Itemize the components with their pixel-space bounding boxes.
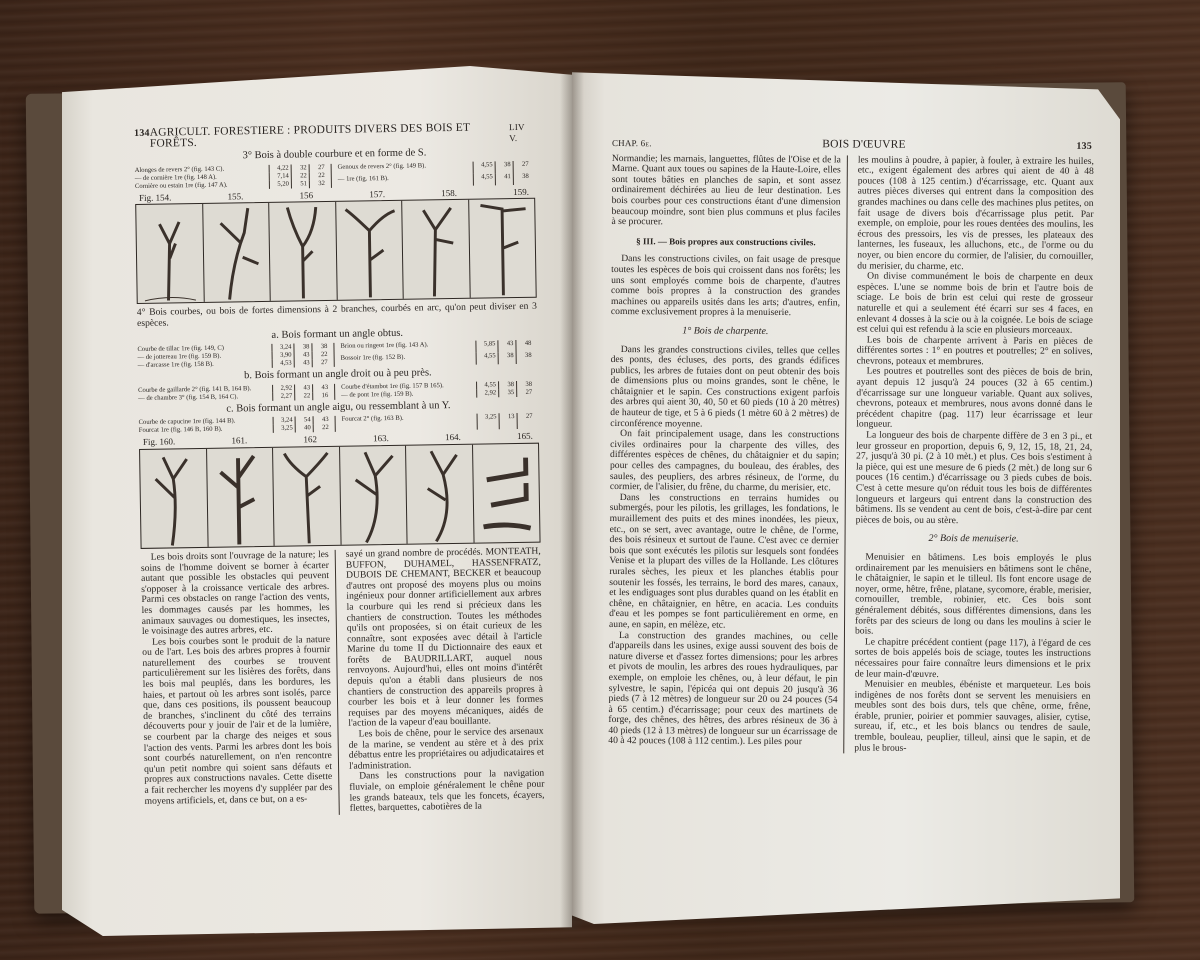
tree-illustration: [336, 201, 404, 300]
figure-label: 161.: [231, 436, 247, 447]
paragraph: La longueur des bois de charpente diffèr…: [856, 431, 1093, 528]
figure-label: 162: [303, 435, 317, 446]
row-value: 27: [513, 161, 531, 173]
row-value: 13: [499, 413, 517, 429]
dimension-table-left-col: Courbe de capucine 1re (fig. 144 B).3,24…: [139, 416, 336, 435]
tree-illustration: [402, 200, 470, 299]
right-text-column-2: les moulins à poudre, à papier, à fouler…: [854, 155, 1094, 755]
right-page-content: CHAP. 6e. BOIS D'ŒUVRE 135 Normandie; le…: [608, 138, 1092, 755]
right-running-head: CHAP. 6e. BOIS D'ŒUVRE 135: [612, 138, 1092, 153]
figure-label: Fig. 154.: [139, 192, 171, 203]
row-value: 4,55: [473, 173, 495, 185]
row-value: 27: [516, 388, 534, 396]
left-page: 134 AGRICULT. FORESTIERE : PRODUITS DIVE…: [62, 66, 572, 936]
row-value: 43: [497, 340, 515, 352]
left-text-column-1: Les bois droits sont l'ouvrage de la nat…: [141, 550, 340, 818]
dimension-table-left-col: Courbe de tillac 1re (fig. 149, C)3,2438…: [137, 343, 334, 370]
paragraph: Dans les constructions civiles, on fait …: [611, 254, 840, 319]
row-value: 3,25: [477, 414, 499, 430]
tree-illustration: [406, 445, 474, 544]
paragraph: Les bois de charpente arrivent à Paris e…: [857, 335, 1093, 368]
row-value: 51: [291, 180, 309, 188]
row-value: 38: [495, 161, 513, 173]
tree-illustration: [273, 447, 341, 546]
row-value: 38: [513, 173, 531, 185]
subheading-bois-de-charpente: 1° Bois de charpente.: [611, 326, 840, 338]
row-value: 40: [295, 425, 313, 433]
dimension-table-left-col: Alonges de revers 2° (fig. 143 C).4,2232…: [135, 164, 332, 191]
row-label: Cornière ou estain 1re (fig. 147 A).: [135, 181, 269, 191]
row-value: 2,92: [476, 389, 498, 397]
paragraph: La construction des grandes machines, ou…: [608, 631, 838, 749]
row-value: 5,20: [269, 180, 291, 188]
row-value: 5,85: [475, 340, 497, 352]
figure-label: Fig. 160.: [143, 437, 175, 448]
row-value: 4,55: [476, 352, 498, 364]
paragraph: sayé un grand nombre de procédés. MONTEA…: [346, 547, 544, 730]
row-value: 38: [498, 352, 516, 364]
figure-label: 164.: [445, 432, 461, 443]
tree-illustration: [340, 446, 408, 545]
row-value: 22: [294, 392, 312, 400]
row-value: 38: [293, 343, 311, 351]
section-4-intro: 4° Bois courbes, ou bois de fortes dimen…: [137, 302, 537, 329]
open-book-photo: 134 AGRICULT. FORESTIERE : PRODUITS DIVE…: [0, 0, 1200, 960]
right-running-title: BOIS D'ŒUVRE: [822, 139, 905, 150]
paragraph: Dans les constructions en terrains humid…: [609, 493, 839, 632]
dimension-table-a: Courbe de tillac 1re (fig. 149, C)3,2438…: [137, 340, 537, 370]
figure-label: 165.: [517, 431, 533, 442]
figure-label: 158.: [441, 188, 457, 199]
dimension-table-double-courbure: Alonges de revers 2° (fig. 143 C).4,2232…: [135, 160, 535, 190]
subheading-bois-de-menuiserie: 2° Bois de menuiserie.: [856, 534, 1092, 546]
tree-illustration: [203, 203, 271, 302]
paragraph: On divise communément le bois de charpen…: [857, 272, 1093, 337]
row-value: 48: [515, 340, 533, 352]
dimension-table-right-col: Courbe d'étambot 1re (fig. 157 B 165).4,…: [341, 380, 538, 399]
subheading-text: 2° Bois de menuiserie.: [928, 533, 1018, 545]
tree-illustration: [207, 448, 275, 547]
right-text-column-1: Normandie; les marnais, languettes, flût…: [608, 154, 848, 754]
paragraph: Dans les constructions pour la navigatio…: [349, 769, 545, 814]
row-value: 41: [495, 173, 513, 185]
tree-illustration: [136, 204, 204, 303]
row-value: 38: [516, 352, 534, 364]
right-text-columns: Normandie; les marnais, languettes, flût…: [608, 154, 1092, 756]
paragraph: Les bois droits sont l'ouvrage de la nat…: [141, 550, 330, 638]
dimension-table-right-col: Fourcat 2° (fig. 163 B).3,251327: [342, 413, 539, 432]
tree-engraving-figures-154-159: [135, 198, 537, 304]
row-label: Fourcat 1re (fig. 146 B, 160 B).: [139, 425, 273, 435]
tree-illustration: [469, 199, 536, 298]
row-value: 4,55: [473, 161, 495, 173]
paragraph: Menuisier en bâtimens. Les bois employés…: [855, 552, 1092, 638]
tree-illustration: [140, 449, 208, 548]
paragraph: Les bois courbes sont le produit de la n…: [142, 635, 333, 807]
paragraph: Dans les grandes constructions civiles, …: [610, 344, 840, 430]
dimension-table-right-col: Brion ou ringeot 1re (fig. 143 A).5,8543…: [340, 340, 537, 367]
row-value: 4,53: [272, 360, 294, 368]
left-running-head: 134 AGRICULT. FORESTIERE : PRODUITS DIVE…: [134, 122, 534, 149]
paragraph: On fait principalement usage, dans les c…: [610, 429, 839, 494]
figure-label: 155.: [228, 191, 244, 202]
left-text-column-2: sayé un grand nombre de procédés. MONTEA…: [346, 547, 545, 815]
chapter-marker: CHAP. 6e.: [612, 138, 652, 149]
left-text-columns: Les bois droits sont l'ouvrage de la nat…: [141, 547, 545, 818]
figure-label: 163.: [373, 433, 389, 444]
row-value: 43: [294, 359, 312, 367]
row-value: 27: [517, 413, 535, 429]
tree-illustration: [269, 202, 337, 301]
figure-label: 156: [299, 190, 313, 201]
paragraph: Normandie; les marnais, languettes, flût…: [611, 154, 840, 230]
paragraph: Les poutres et poutrelles sont des pièce…: [856, 367, 1092, 432]
row-value: 2,27: [272, 392, 294, 400]
subheading-text: 1° Bois de charpente.: [682, 325, 768, 337]
row-label: — d'arcasse 1re (fig. 158 B).: [138, 360, 272, 370]
paragraph: Menuisier en meubles, ébéniste et marque…: [854, 680, 1090, 756]
row-value: 35: [498, 389, 516, 397]
figure-label: 159.: [513, 187, 529, 198]
right-page: CHAP. 6e. BOIS D'ŒUVRE 135 Normandie; le…: [572, 68, 1120, 924]
tree-engraving-figures-160-165: [139, 443, 541, 549]
row-label: — de pont 1re (fig. 159 B).: [341, 389, 476, 399]
row-label: Fourcat 2° (fig. 163 B).: [342, 414, 477, 432]
row-value: 27: [312, 359, 330, 367]
right-page-number: 135: [1076, 142, 1092, 153]
dimension-table-left-col: Courbe de gaillarde 2° (fig. 141 B, 164 …: [138, 384, 335, 403]
paragraph: Le chapitre précédent contient (page 117…: [855, 637, 1091, 681]
left-page-content: 134 AGRICULT. FORESTIERE : PRODUITS DIVE…: [134, 122, 545, 818]
left-running-title: AGRICULT. FORESTIERE : PRODUITS DIVERS D…: [150, 122, 510, 149]
row-value: 16: [312, 392, 330, 400]
row-label: Bossoir 1re (fig. 152 B).: [341, 353, 476, 367]
row-label: — de chambre 3° (fig. 154 B, 164 C).: [138, 393, 272, 403]
left-page-number: 134: [134, 129, 150, 140]
curved-timber-illustration: [473, 444, 540, 543]
dimension-table-right-col: Genoux de revers 2° (fig. 149 B).4,55382…: [338, 160, 535, 187]
dimension-table-b: Courbe de gaillarde 2° (fig. 141 B, 164 …: [138, 380, 538, 402]
figure-label: 157.: [369, 189, 385, 200]
row-value: 32: [309, 180, 327, 188]
section-heading: § III. — Bois propres aux constructions …: [611, 236, 840, 248]
row-value: 22: [313, 424, 331, 432]
row-value: 3,25: [273, 425, 295, 433]
book-marker: LIV V.: [509, 122, 534, 144]
paragraph: Les bois de chêne, pour le service des a…: [348, 727, 544, 772]
paragraph: les moulins à poudre, à papier, à fouler…: [857, 155, 1094, 273]
row-label: — 1re (fig. 161 B).: [338, 173, 473, 187]
